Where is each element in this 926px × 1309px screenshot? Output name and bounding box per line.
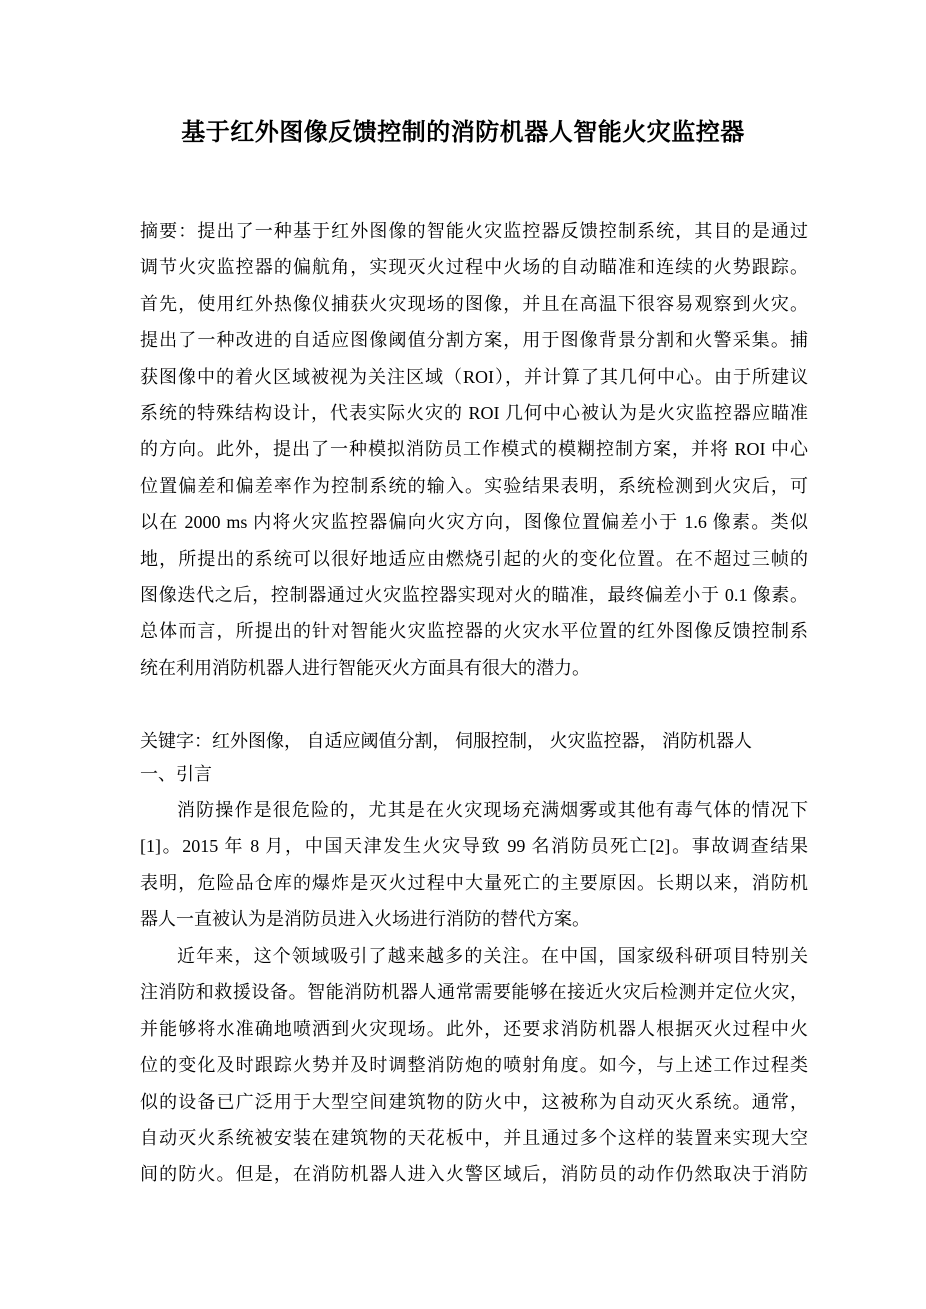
abstract-text-line: 总体而言，所提出的针对智能火灾监控器的火灾水平位置的红外图像反馈控制系 xyxy=(140,613,808,649)
abstract-text-line: 调节火灾监控器的偏航角，实现灭火过程中火场的自动瞄准和连续的火势跟踪。 xyxy=(140,249,808,285)
intro-paragraph-2: 近年来，这个领域吸引了越来越多的关注。在中国，国家级科研项目特别关注消防和救援设… xyxy=(140,938,808,1193)
paragraph-text-line: 自动灭火系统被安装在建筑物的天花板中，并且通过多个这样的装置来实现大空 xyxy=(140,1120,808,1156)
abstract-text-line: 的方向。此外，提出了一种模拟消防员工作模式的模糊控制方案，并将 ROI 中心 xyxy=(140,431,808,467)
abstract-text-line: 地，所提出的系统可以很好地适应由燃烧引起的火的变化位置。在不超过三帧的 xyxy=(140,541,808,577)
abstract-text-line: 首先，使用红外热像仪捕获火灾现场的图像，并且在高温下很容易观察到火灾。 xyxy=(140,286,808,322)
abstract-text-line: 统在利用消防机器人进行智能灭火方面具有很大的潜力。 xyxy=(140,650,808,686)
abstract-text-line: 位置偏差和偏差率作为控制系统的输入。实验结果表明，系统检测到火灾后，可 xyxy=(140,468,808,504)
abstract-text-line: 系统的特殊结构设计，代表实际火灾的 ROI 几何中心被认为是火灾监控器应瞄准 xyxy=(140,395,808,431)
paragraph-text-line: 器人一直被认为是消防员进入火场进行消防的替代方案。 xyxy=(140,901,808,937)
intro-paragraph-1: 消防操作是很危险的，尤其是在火灾现场充满烟雾或其他有毒气体的情况下[1]。201… xyxy=(140,792,808,938)
section-heading-introduction: 一、引言 xyxy=(140,756,808,792)
abstract-paragraph: 摘要：提出了一种基于红外图像的智能火灾监控器反馈控制系统，其目的是通过调节火灾监… xyxy=(140,213,808,686)
abstract-text-line: 获图像中的着火区域被视为关注区域（ROI），并计算了其几何中心。由于所建议 xyxy=(140,359,808,395)
paragraph-text-line: 消防操作是很危险的，尤其是在火灾现场充满烟雾或其他有毒气体的情况下 xyxy=(140,792,808,828)
document-title: 基于红外图像反馈控制的消防机器人智能火灾监控器 xyxy=(0,116,926,150)
abstract-text-line: 图像迭代之后，控制器通过火灾监控器实现对火的瞄准，最终偏差小于 0.1 像素。 xyxy=(140,577,808,613)
document-page: 基于红外图像反馈控制的消防机器人智能火灾监控器 摘要：提出了一种基于红外图像的智… xyxy=(0,0,926,1309)
paragraph-text-line: [1]。2015 年 8 月，中国天津发生火灾导致 99 名消防员死亡[2]。事… xyxy=(140,828,808,864)
paragraph-text-line: 似的设备已广泛用于大型空间建筑物的防火中，这被称为自动灭火系统。通常， xyxy=(140,1084,808,1120)
paragraph-text-line: 近年来，这个领域吸引了越来越多的关注。在中国，国家级科研项目特别关 xyxy=(140,938,808,974)
paragraph-text-line: 间的防火。但是，在消防机器人进入火警区域后，消防员的动作仍然取决于消防 xyxy=(140,1156,808,1192)
keywords-line: 关键字：红外图像， 自适应阈值分割， 伺服控制， 火灾监控器， 消防机器人 xyxy=(140,723,808,759)
paragraph-text-line: 注消防和救援设备。智能消防机器人通常需要能够在接近火灾后检测并定位火灾， xyxy=(140,974,808,1010)
abstract-text-line: 摘要：提出了一种基于红外图像的智能火灾监控器反馈控制系统，其目的是通过 xyxy=(140,213,808,249)
paragraph-text-line: 表明，危险品仓库的爆炸是灭火过程中大量死亡的主要原因。长期以来，消防机 xyxy=(140,865,808,901)
abstract-text-line: 提出了一种改进的自适应图像阈值分割方案，用于图像背景分割和火警采集。捕 xyxy=(140,322,808,358)
abstract-text-line: 以在 2000 ms 内将火灾监控器偏向火灾方向，图像位置偏差小于 1.6 像素… xyxy=(140,504,808,540)
paragraph-text-line: 并能够将水准确地喷洒到火灾现场。此外，还要求消防机器人根据灭火过程中火 xyxy=(140,1011,808,1047)
paragraph-text-line: 位的变化及时跟踪火势并及时调整消防炮的喷射角度。如今，与上述工作过程类 xyxy=(140,1047,808,1083)
